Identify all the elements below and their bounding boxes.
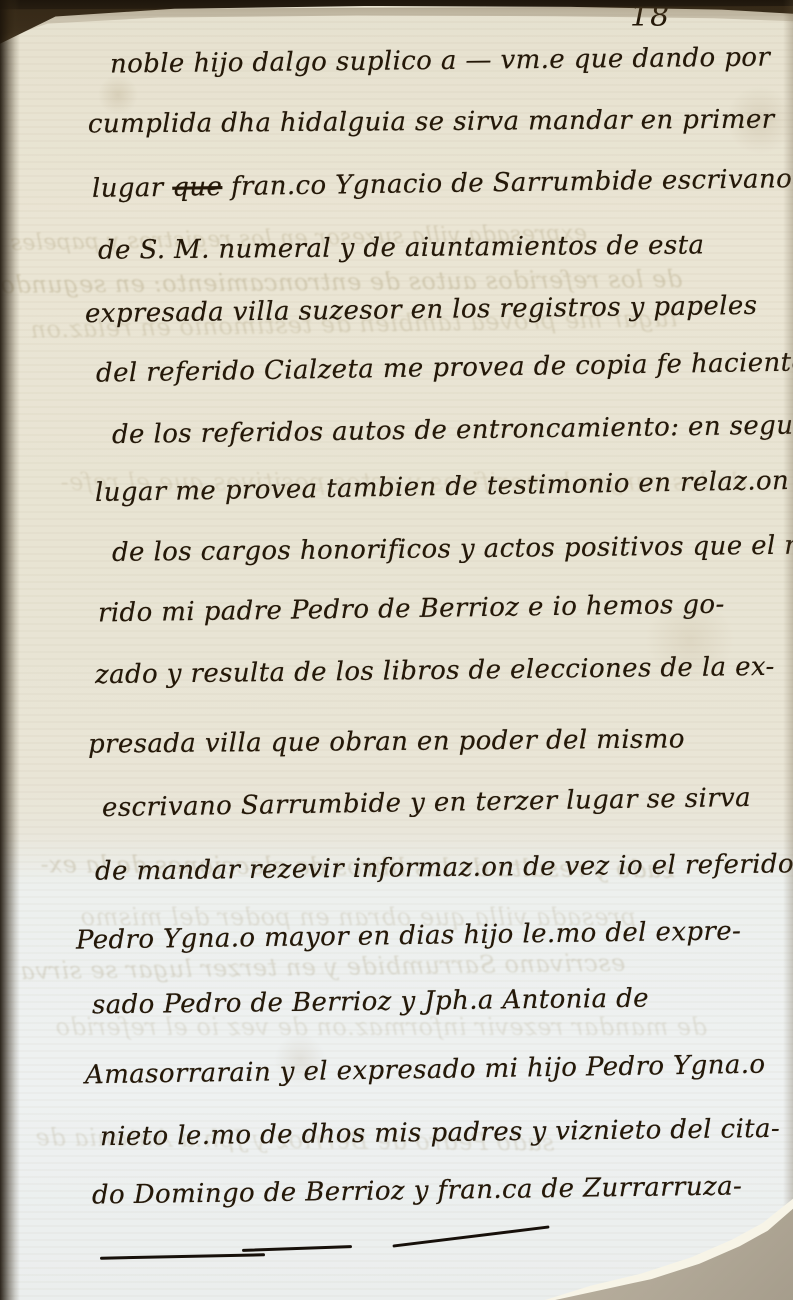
torn-corner-background: [540, 1190, 793, 1300]
manuscript-line: Amasorrarain y el expresado mi hijo Pedr…: [85, 1050, 766, 1092]
manuscript-line: nieto le.mo de dhos mis padres y vizniet…: [100, 1114, 781, 1153]
manuscript-page: expresada villa suzesor en los registros…: [0, 0, 793, 1300]
manuscript-line: de los cargos honorificos y actos positi…: [112, 530, 793, 569]
binding-edge-left: [0, 0, 20, 1300]
manuscript-line: lugar que fran.co Ygnacio de Sarrumbide …: [92, 164, 793, 205]
manuscript-line: escrivano Sarrumbide y en terzer lugar s…: [102, 783, 751, 824]
manuscript-line: presada villa que obran en poder del mis…: [88, 724, 685, 760]
line-text: fran.co Ygnacio de Sarrumbide escrivano: [222, 164, 792, 202]
manuscript-line: cumplida dha hidalguia se sirva mandar e…: [88, 105, 775, 141]
line-text: lugar: [92, 173, 173, 204]
manuscript-line: del referido Cialzeta me provea de copia…: [96, 347, 793, 389]
manuscript-line: de los referidos autos de entroncamiento…: [112, 410, 793, 451]
torn-corner: [540, 1190, 793, 1300]
manuscript-line: zado y resulta de los libros de eleccion…: [95, 652, 775, 691]
struck-word: que: [172, 172, 222, 203]
manuscript-photo: expresada villa suzesor en los registros…: [0, 0, 793, 1300]
manuscript-line: de mandar rezevir informaz.on de vez io …: [95, 849, 793, 888]
page-edge-right: [783, 0, 793, 1300]
flourish-underline: [100, 1253, 265, 1259]
manuscript-line: de S. M. numeral y de aiuntamientos de e…: [98, 230, 705, 266]
flourish-underline: [242, 1245, 352, 1252]
manuscript-line: rido mi padre Pedro de Berrioz e io hemo…: [98, 590, 725, 630]
flourish-underline: [392, 1225, 549, 1247]
manuscript-line: noble hijo dalgo suplico a — vm.e que da…: [110, 43, 771, 81]
